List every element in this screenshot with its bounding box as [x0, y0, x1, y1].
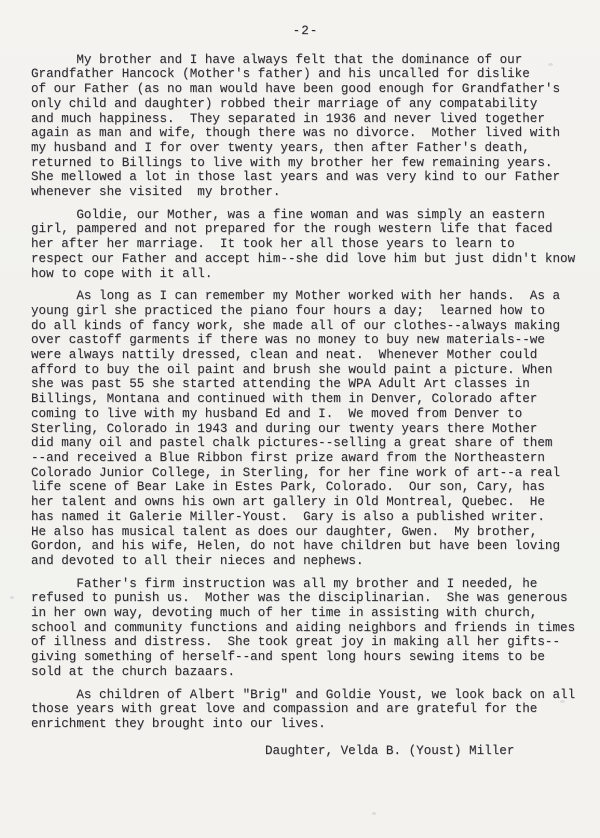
scan-speck: [372, 812, 376, 815]
page-number: -2-: [31, 24, 580, 39]
paragraph-2: Goldie, our Mother, was a fine woman and…: [31, 208, 580, 282]
scan-speck: [10, 596, 14, 599]
document-page: -2- My brother and I have always felt th…: [0, 0, 600, 838]
page-body: -2- My brother and I have always felt th…: [31, 24, 580, 758]
paragraph-3: As long as I can remember my Mother work…: [31, 289, 580, 568]
paragraph-5: As children of Albert "Brig" and Goldie …: [31, 688, 580, 732]
paragraph-1: My brother and I have always felt that t…: [31, 53, 580, 200]
signature-line: Daughter, Velda B. (Youst) Miller: [265, 744, 580, 759]
paragraph-4: Father's firm instruction was all my bro…: [31, 577, 580, 680]
